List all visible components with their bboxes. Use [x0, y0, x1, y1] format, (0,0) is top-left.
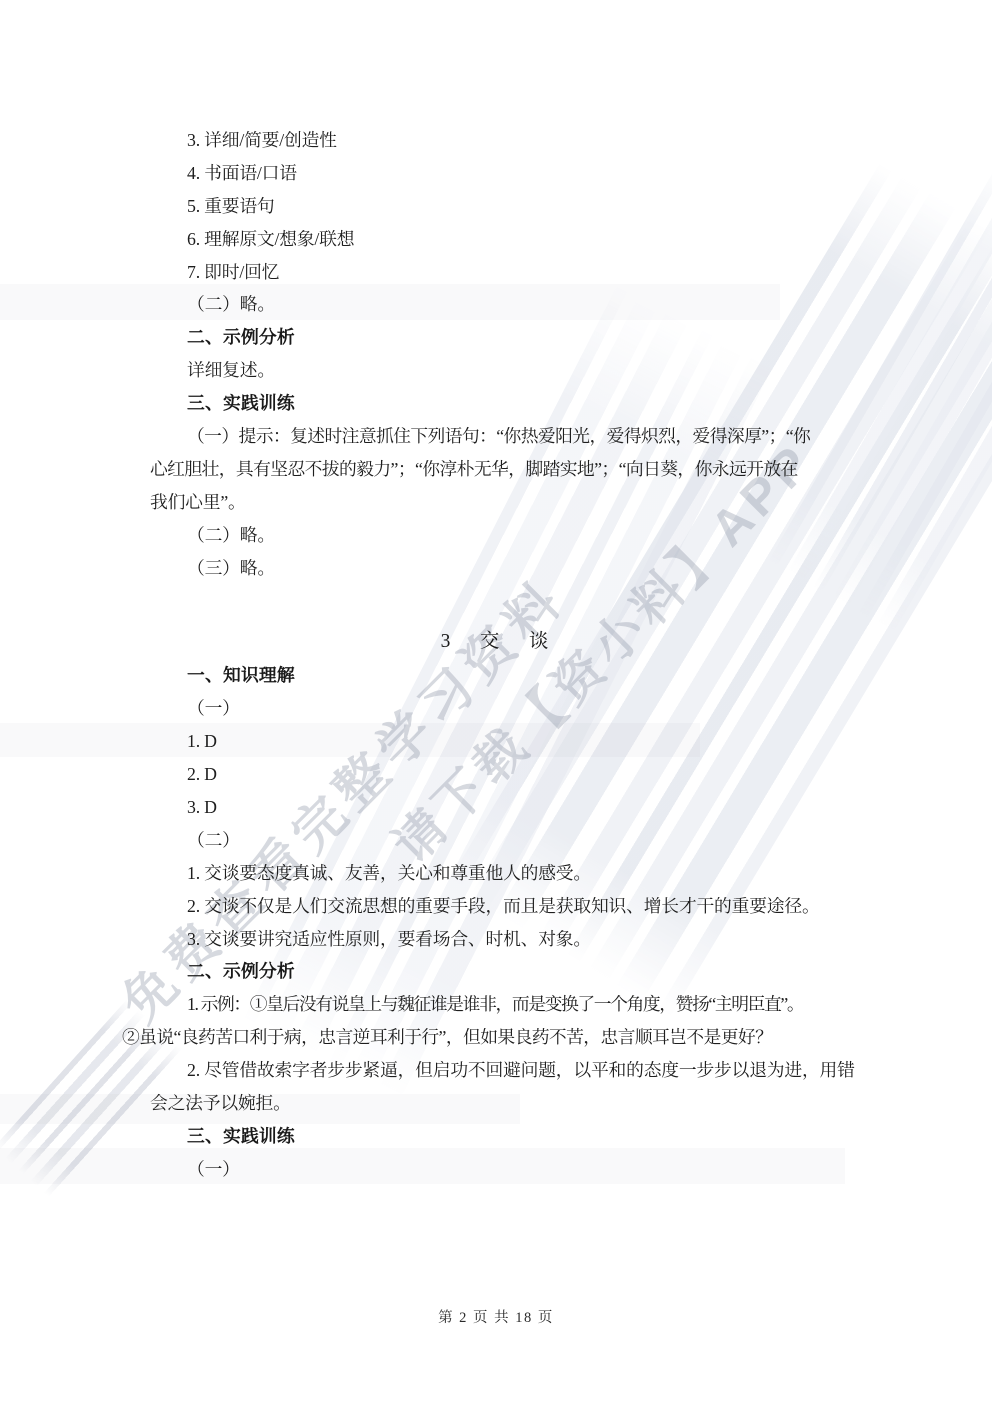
list-item: （三）略。 — [150, 552, 844, 585]
section-heading: 一、知识理解 — [150, 659, 844, 692]
list-item: 6. 理解原文/想象/联想 — [150, 223, 844, 256]
list-item: （一） — [150, 1153, 844, 1186]
section-heading: 三、实践训练 — [150, 387, 844, 420]
paragraph-line: 1. 示例：①皇后没有说皇上与魏征谁是谁非，而是变换了一个角度，赞扬“主明臣直”… — [150, 988, 844, 1021]
paragraph-line: ②虽说“良药苦口利于病，忠言逆耳利于行”，但如果良药不苦，忠言顺耳岂不是更好？ — [122, 1021, 844, 1054]
list-item: 3. 详细/简要/创造性 — [150, 124, 844, 157]
paragraph-line: 会之法予以婉拒。 — [150, 1087, 844, 1120]
list-item: （二）略。 — [150, 519, 844, 552]
section-heading: 三、实践训练 — [150, 1120, 844, 1153]
paragraph-line: （一）提示：复述时注意抓住下列语句：“你热爱阳光，爱得炽烈，爱得深厚”；“你 — [150, 420, 844, 453]
paragraph-line: 2. 尽管借故索字者步步紧逼，但启功不回避问题，以平和的态度一步步以退为进，用错 — [150, 1054, 844, 1087]
chapter-title: 3 交 谈 — [150, 625, 844, 659]
document-body: 3. 详细/简要/创造性4. 书面语/口语5. 重要语句6. 理解原文/想象/联… — [150, 124, 844, 1186]
answer-line: 1. D — [150, 725, 844, 758]
paragraph-line: 详细复述。 — [150, 354, 844, 387]
paragraph-line: 我们心里”。 — [150, 486, 844, 519]
paragraph-line: 心红胆壮，具有坚忍不拔的毅力”；“你淳朴无华，脚踏实地”；“向日葵，你永远开放在 — [150, 453, 844, 486]
page-number-footer: 第 2 页 共 18 页 — [0, 1306, 992, 1327]
list-item: （二） — [150, 824, 844, 857]
answer-line: 3. D — [150, 791, 844, 824]
section-heading: 二、示例分析 — [150, 955, 844, 988]
paragraph-line: 2. 交谈不仅是人们交流思想的重要手段，而且是获取知识、增长才干的重要途径。 — [150, 890, 844, 923]
answer-line: 2. D — [150, 758, 844, 791]
paragraph-line: 3. 交谈要讲究适应性原则，要看场合、时机、对象。 — [150, 923, 844, 956]
paragraph-line: 1. 交谈要态度真诚、友善，关心和尊重他人的感受。 — [150, 857, 844, 890]
list-item: 7. 即时/回忆 — [150, 256, 844, 289]
list-item: （二）略。 — [150, 288, 844, 321]
list-item: （一） — [150, 692, 844, 725]
list-item: 4. 书面语/口语 — [150, 157, 844, 190]
section-heading: 二、示例分析 — [150, 321, 844, 354]
list-item: 5. 重要语句 — [150, 190, 844, 223]
document-page: 免费查看完整学习资料 请下载【资小料】APP 3. 详细/简要/创造性4. 书面… — [0, 0, 992, 1403]
